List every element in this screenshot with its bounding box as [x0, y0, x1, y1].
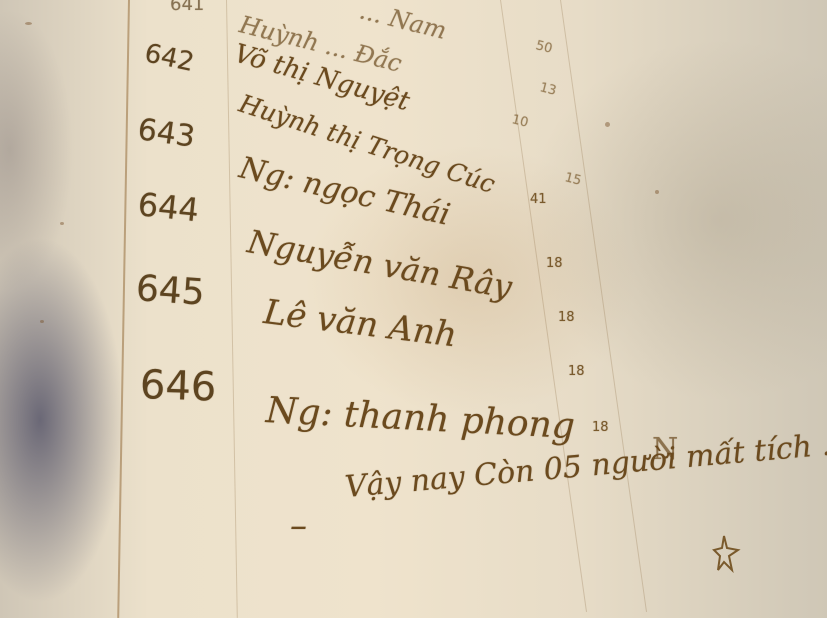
entry-name-2: Lê văn Anh — [262, 292, 459, 355]
margin-number: 645 — [135, 268, 206, 314]
entry-age: 13 — [538, 80, 558, 99]
entry-age: 41 — [530, 192, 547, 207]
entry-age: 50 — [534, 38, 554, 57]
margin-number: 644 — [136, 185, 201, 229]
entry-age: 10 — [510, 112, 530, 131]
ink-speck — [655, 190, 659, 194]
entry-name-top-0: ... Nam — [357, 0, 450, 45]
register-photo: 641 ... Nam 50 Huỳnh ... Đắc 13 642 Võ t… — [0, 0, 827, 618]
ink-speck — [60, 222, 64, 225]
entry-age: 18 — [592, 420, 609, 435]
margin-number: 643 — [136, 112, 198, 155]
entry-name-3: Ng: thanh phong — [265, 390, 576, 447]
entry-age: 18 — [568, 364, 585, 379]
margin-number: 642 — [142, 38, 197, 78]
note-dash: – — [290, 506, 307, 546]
margin-number: 646 — [139, 362, 217, 411]
star-icon — [712, 534, 742, 574]
margin-rule — [117, 0, 130, 618]
entry-age: 15 — [563, 170, 583, 189]
column-rule — [226, 0, 238, 618]
ink-speck — [25, 22, 32, 25]
entry-age: 18 — [558, 310, 575, 325]
ink-speck — [605, 122, 610, 127]
entry-age: 18 — [546, 256, 563, 271]
margin-number: 641 — [170, 0, 204, 15]
ink-speck — [40, 320, 44, 323]
